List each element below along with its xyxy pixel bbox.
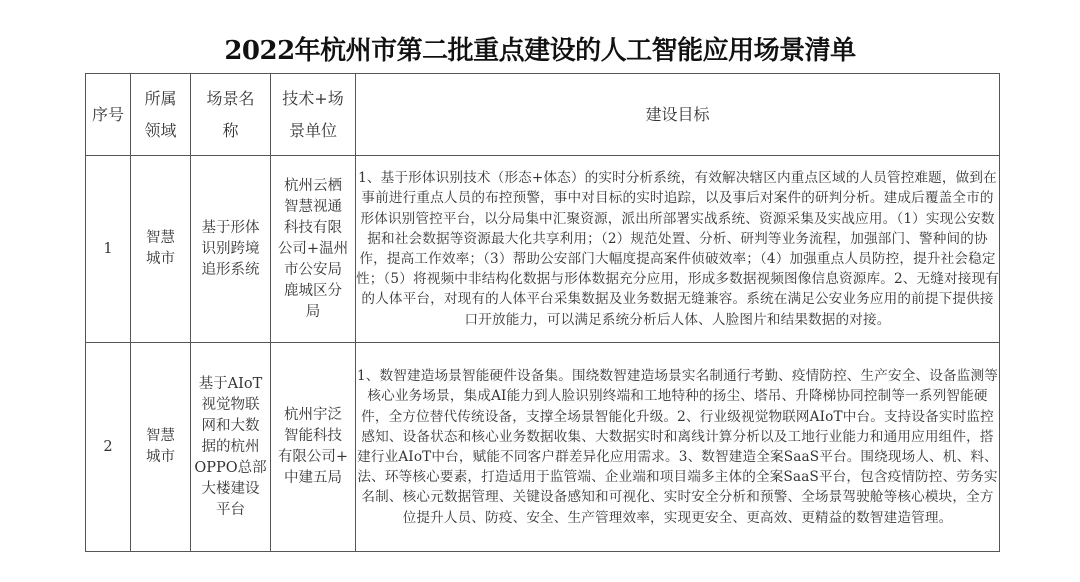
cell-scene-name: 基于AIoT 视觉物联 网和大数 据的杭州 OPPO总部 大楼建设 平台 xyxy=(191,343,271,552)
header-scene-name: 场景名 称 xyxy=(191,74,271,156)
table-header-row: 序号 所属 领域 场景名 称 技术+场 景单位 建设目标 xyxy=(86,74,1000,156)
header-goal: 建设目标 xyxy=(356,74,1000,156)
table-row: 1 智慧 城市 基于形体 识别跨境 追形系统 杭州云栖 智慧视通 科技有限 公司… xyxy=(86,156,1000,343)
cell-domain: 智慧 城市 xyxy=(131,156,191,343)
cell-goal: 1、基于形体识别技术（形态+体态）的实时分析系统，有效解决辖区内重点区域的人员管… xyxy=(356,156,1000,343)
header-domain: 所属 领域 xyxy=(131,74,191,156)
cell-goal: 1、数智建造场景智能硬件设备集。围绕数智建造场景实名制通行考勤、疫情防控、生产安… xyxy=(356,343,1000,552)
scenario-table: 序号 所属 领域 场景名 称 技术+场 景单位 建设目标 1 智慧 城市 基于形… xyxy=(85,73,1000,552)
cell-scene-name: 基于形体 识别跨境 追形系统 xyxy=(191,156,271,343)
table-row: 2 智慧 城市 基于AIoT 视觉物联 网和大数 据的杭州 OPPO总部 大楼建… xyxy=(86,343,1000,552)
cell-no: 1 xyxy=(86,156,131,343)
cell-domain: 智慧 城市 xyxy=(131,343,191,552)
header-no: 序号 xyxy=(86,74,131,156)
document-title: 2022年杭州市第二批重点建设的人工智能应用场景清单 xyxy=(0,30,1080,67)
cell-no: 2 xyxy=(86,343,131,552)
cell-tech-unit: 杭州宇泛 智能科技 有限公司+ 中建五局 xyxy=(271,343,356,552)
cell-tech-unit: 杭州云栖 智慧视通 科技有限 公司+温州 市公安局 鹿城区分 局 xyxy=(271,156,356,343)
header-tech-unit: 技术+场 景单位 xyxy=(271,74,356,156)
